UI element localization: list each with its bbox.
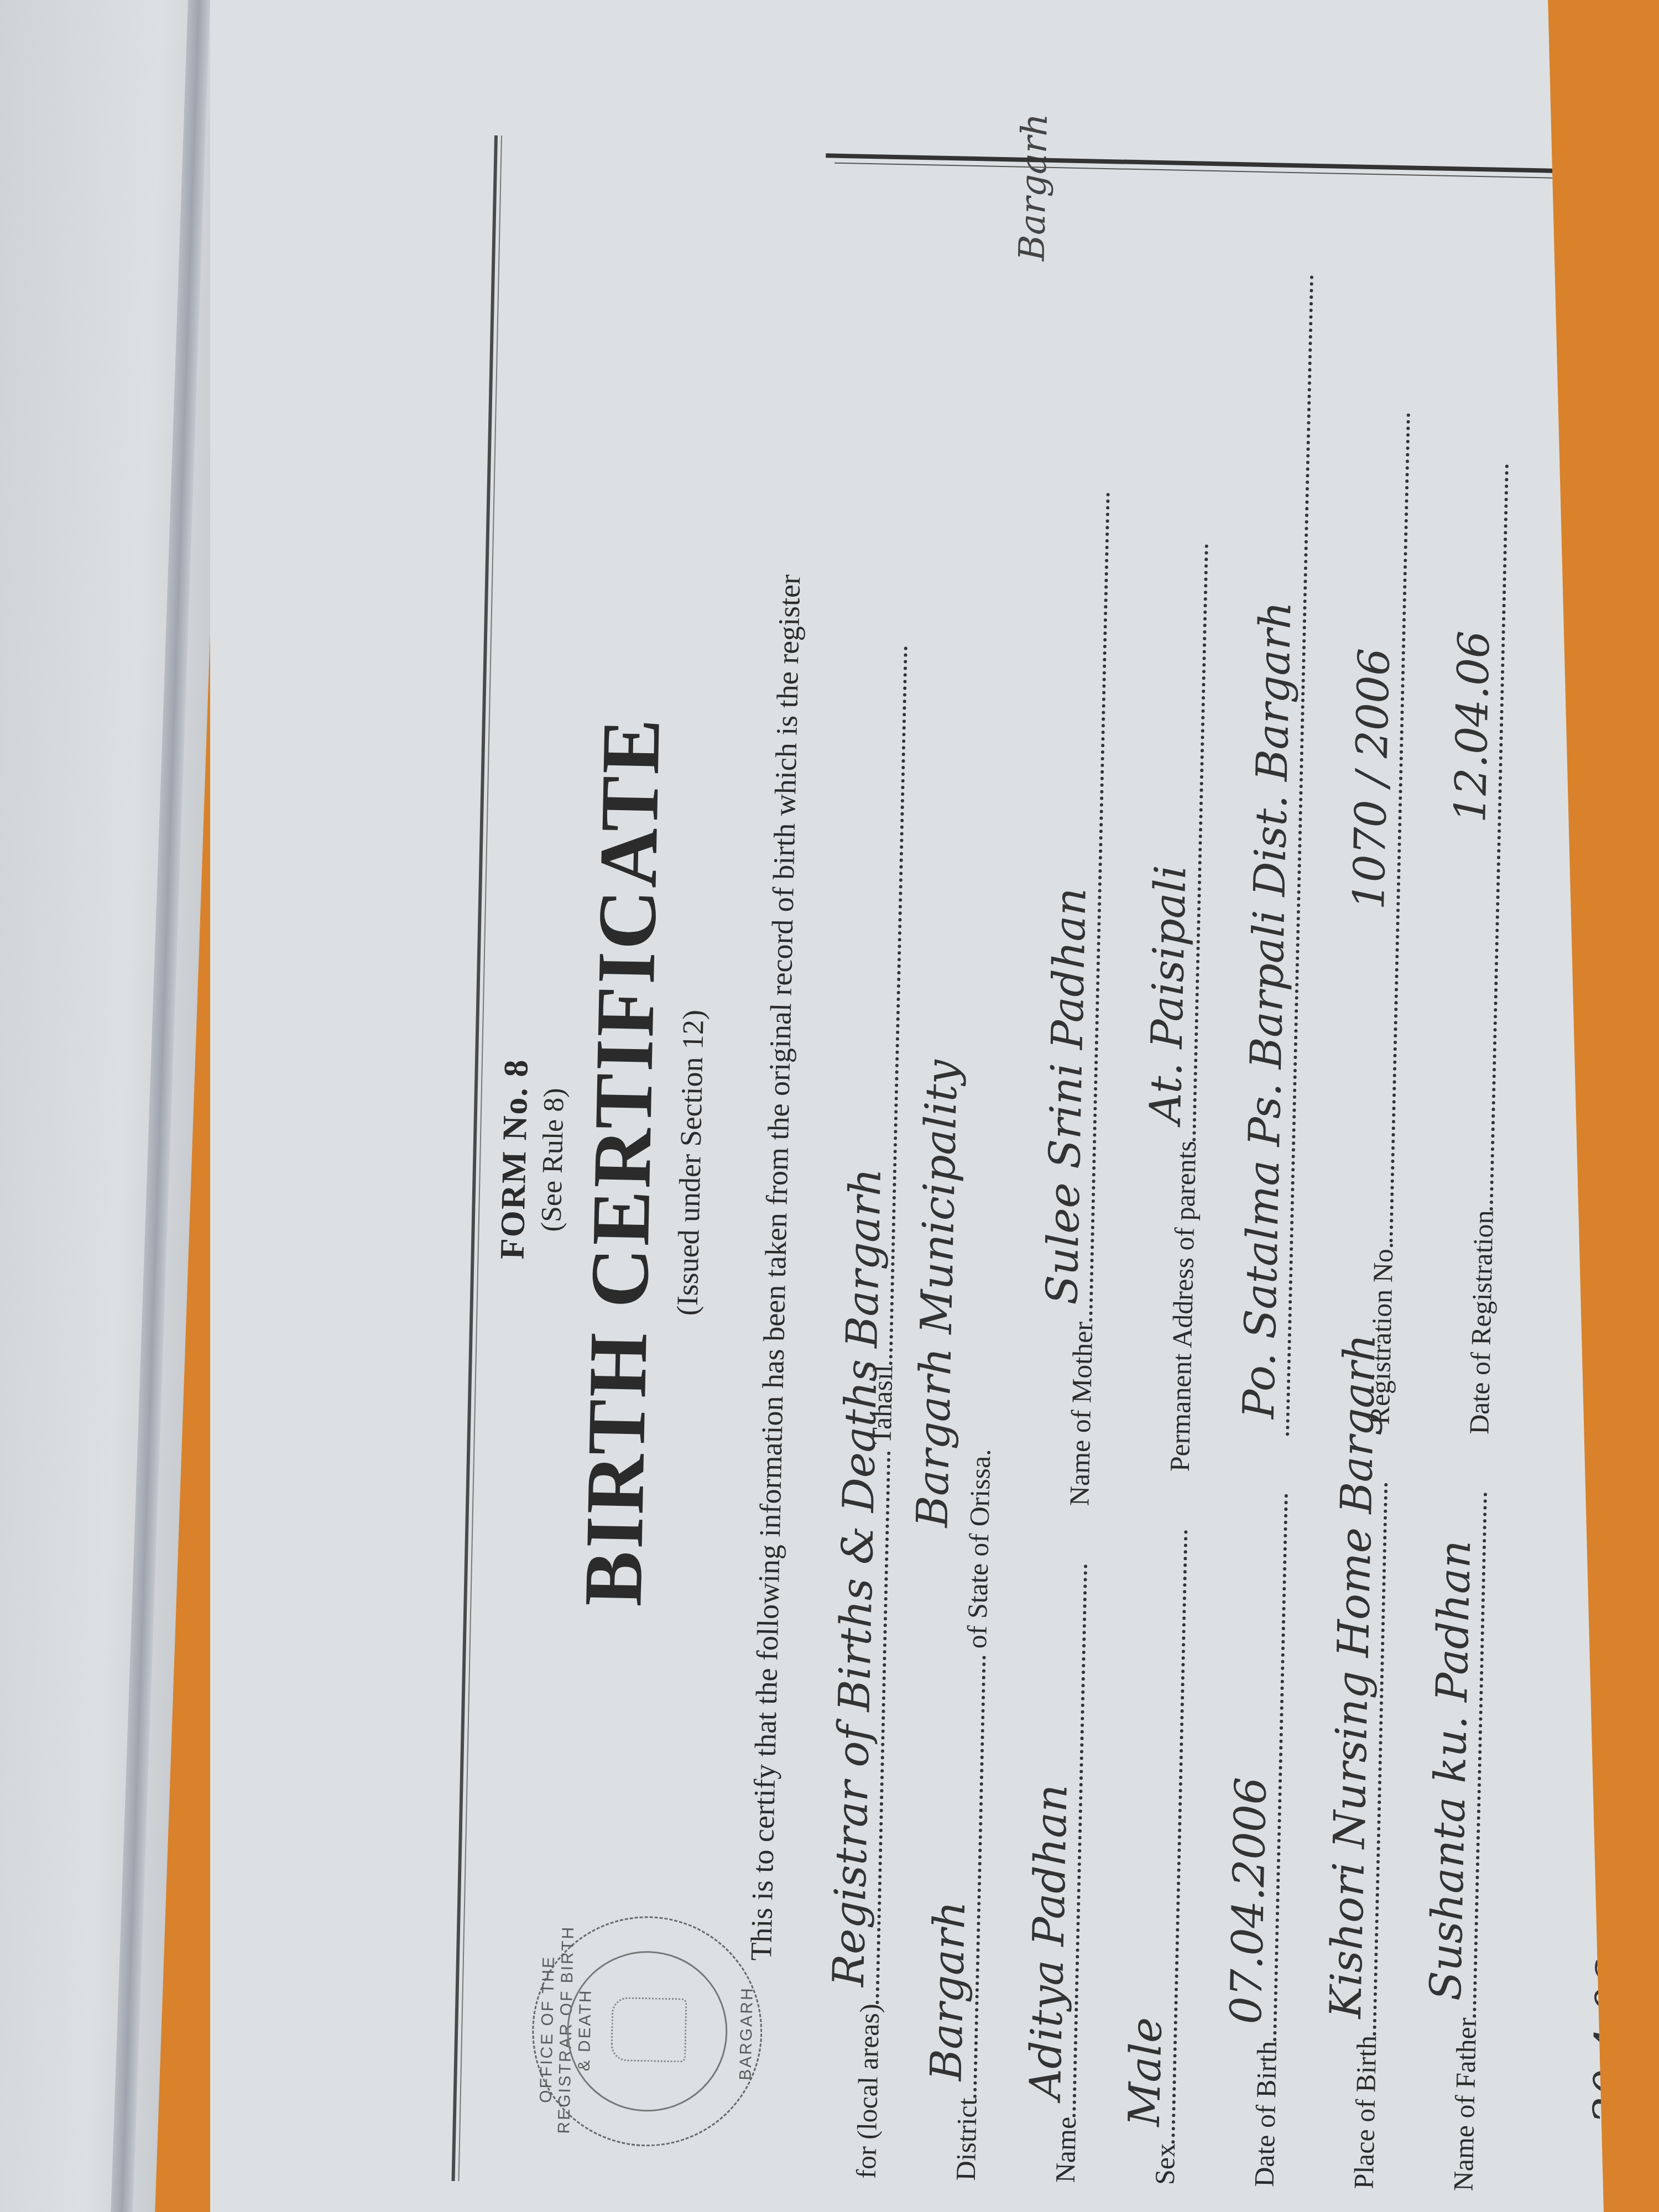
address-value: At. Paisipali bbox=[1141, 865, 1196, 1124]
certificate-page: OFFICE OF THE REGISTRAR OF BIRTH & DEATH… bbox=[210, 0, 1604, 2212]
name-value: Aditya Padhan bbox=[1021, 1784, 1077, 2100]
dob-row: Date of Birth07.04.2006 Po. Satalma Ps. … bbox=[1248, 274, 1320, 2187]
local-area-value: Registrar of Births & Deaths bbox=[824, 1359, 887, 1987]
mother-label: Name of Mother bbox=[1063, 1321, 1098, 1506]
father-value: Sushanta ku. Padhan bbox=[1421, 1540, 1480, 2001]
place-of-birth-value: Kishori Nursing Home Bargarh bbox=[1321, 1333, 1385, 2019]
dob-value: 07.04.2006 bbox=[1222, 1777, 1276, 2025]
registrar-stamp: REGISTRAR OF BIRTH OFFICER CUM HEALTH OF… bbox=[1637, 259, 1659, 585]
address-label: Permanent Address of parents bbox=[1164, 1140, 1202, 1472]
district-label: District bbox=[950, 2098, 983, 2181]
sex-row: SexMale Permanent Address of parentsAt. … bbox=[1149, 544, 1215, 2185]
tahasil-value: Bargarh bbox=[837, 1167, 891, 1348]
mother-value: Sulee Srini Padhan bbox=[1037, 888, 1096, 1305]
name-row: NameAditya Padhan Name of MotherSulee Sr… bbox=[1049, 492, 1117, 2183]
father-row: Name of FatherSushanta ku. Padhan Date o… bbox=[1447, 463, 1515, 2192]
certificate-header: FORM No. 8 (See Rule 8) BIRTH CERTIFICAT… bbox=[474, 136, 729, 2186]
sex-label: Sex bbox=[1149, 2143, 1181, 2185]
tahasil-value-line2: Bargarh Municipality bbox=[907, 1060, 967, 1528]
district-suffix: of State of Orissa. bbox=[961, 1449, 997, 1649]
certificate: OFFICE OF THE REGISTRAR OF BIRTH & DEATH… bbox=[452, 135, 1659, 2209]
date-row: Date20.4.06 bbox=[1613, 1897, 1651, 2195]
reg-no-value: 1070 / 2006 bbox=[1344, 648, 1400, 910]
signature-scrawl: ℓ~ʃ bbox=[1551, 257, 1629, 583]
district-value: Bargarh bbox=[922, 1901, 975, 2081]
name-label: Name bbox=[1050, 2116, 1082, 2183]
certification-statement: This is to certify that the following in… bbox=[744, 574, 807, 1961]
date-label: Date bbox=[1613, 2141, 1645, 2195]
local-area-label: for (local areas) bbox=[851, 2004, 885, 2179]
address-value-line2: Po. Satalma Ps. Barpali Dist. Bargarh bbox=[1234, 601, 1301, 1420]
margin-note: Bargarh bbox=[1011, 113, 1056, 261]
reg-date-value: 12.04.06 bbox=[1446, 630, 1499, 823]
place-of-birth-row: Place of BirthKishori Nursing Home Barga… bbox=[1348, 412, 1417, 2189]
father-label: Name of Father bbox=[1448, 2017, 1483, 2192]
date-value: 20.4.06 bbox=[1584, 1959, 1637, 2125]
district-row: DistrictBargarh of State of Orissa. bbox=[950, 1449, 997, 2181]
place-of-birth-label: Place of Birth bbox=[1348, 2035, 1383, 2189]
sex-value: Male bbox=[1120, 2017, 1172, 2127]
signature-label: Signature of Issuing Authority bbox=[1605, 258, 1641, 583]
issuing-authority-signature: ℓ~ʃ Signature of Issuing Authority REGIS… bbox=[1551, 257, 1659, 585]
dob-label: Date of Birth bbox=[1249, 2041, 1283, 2187]
reg-date-label: Date of Registration bbox=[1463, 1210, 1499, 1435]
local-area-row: for (local areas)Registrar of Births & D… bbox=[850, 646, 914, 2179]
